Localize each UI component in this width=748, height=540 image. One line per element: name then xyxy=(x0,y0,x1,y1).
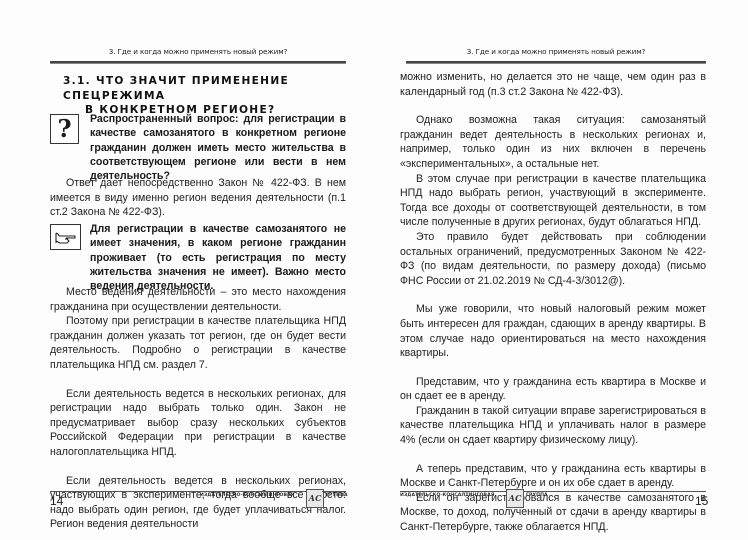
header-rule xyxy=(50,61,346,64)
answer-paragraph: Ответ дает непосредственно Закон № 422-Ф… xyxy=(50,176,346,220)
section-title-line-1: 3.1. ЧТО ЗНАЧИТ ПРИМЕНЕНИЕ СПЕЦРЕЖИМА xyxy=(63,75,289,102)
publisher-name: ИЗДАТЕЛЬСКО-КОНСАЛТИНГОВАЯ xyxy=(400,493,494,498)
publisher-logo-icon: АС xyxy=(506,489,524,508)
paragraph: Гражданин в такой ситуации вправе зареги… xyxy=(400,404,706,448)
left-page: 3. Где и когда можно применять новый реж… xyxy=(0,0,374,540)
running-header: 3. Где и когда можно применять новый реж… xyxy=(50,47,346,56)
paragraph: Это правило будет действовать при соблюд… xyxy=(400,230,706,288)
question-callout: ? Распространенный вопрос: для регистрац… xyxy=(50,112,346,172)
publisher-group: ГРУППА xyxy=(326,493,348,498)
paragraph: Представим, что у гражданина есть кварти… xyxy=(400,375,706,404)
publisher-mark: ИЗДАТЕЛЬСКО-КОНСАЛТИНГОВАЯ АС ГРУППА xyxy=(200,488,346,514)
note-callout-text: Для регистрации в качестве самозанятого … xyxy=(90,222,346,293)
page-number: 14 xyxy=(50,494,63,508)
right-page: 3. Где и когда можно применять новый реж… xyxy=(374,0,748,540)
header-rule xyxy=(406,61,706,64)
publisher-mark: ИЗДАТЕЛЬСКО-КОНСАЛТИНГОВАЯ АС ГРУППА xyxy=(400,488,546,514)
right-body: можно изменить, но делается это не чаще,… xyxy=(400,70,706,535)
note-callout: Для регистрации в качестве самозанятого … xyxy=(50,222,346,282)
section-title: 3.1. ЧТО ЗНАЧИТ ПРИМЕНЕНИЕ СПЕЦРЕЖИМА В … xyxy=(63,74,363,118)
pointing-hand-icon xyxy=(50,224,81,250)
paragraph: А теперь представим, что у гражданина ес… xyxy=(400,462,706,491)
publisher-group: ГРУППА xyxy=(526,493,548,498)
page-number: 15 xyxy=(695,494,708,508)
paragraph: Мы уже говорили, что новый налоговый реж… xyxy=(400,302,706,360)
paragraph: Если деятельность ведется в нескольких р… xyxy=(50,387,346,460)
continuation-paragraph: можно изменить, но делается это не чаще,… xyxy=(400,70,706,99)
paragraph: В этом случае при регистрации в качестве… xyxy=(400,172,706,230)
running-header: 3. Где и когда можно применять новый реж… xyxy=(406,47,706,56)
paragraph: Место ведения деятельности – это место н… xyxy=(50,285,346,314)
question-mark-icon: ? xyxy=(50,114,79,144)
paragraph: Поэтому при регистрации в качестве плате… xyxy=(50,314,346,372)
question-callout-text: Распространенный вопрос: для регистрации… xyxy=(90,112,346,183)
paragraph: Однако возможна такая ситуация: самозаня… xyxy=(400,113,706,171)
publisher-name: ИЗДАТЕЛЬСКО-КОНСАЛТИНГОВАЯ xyxy=(200,493,294,498)
